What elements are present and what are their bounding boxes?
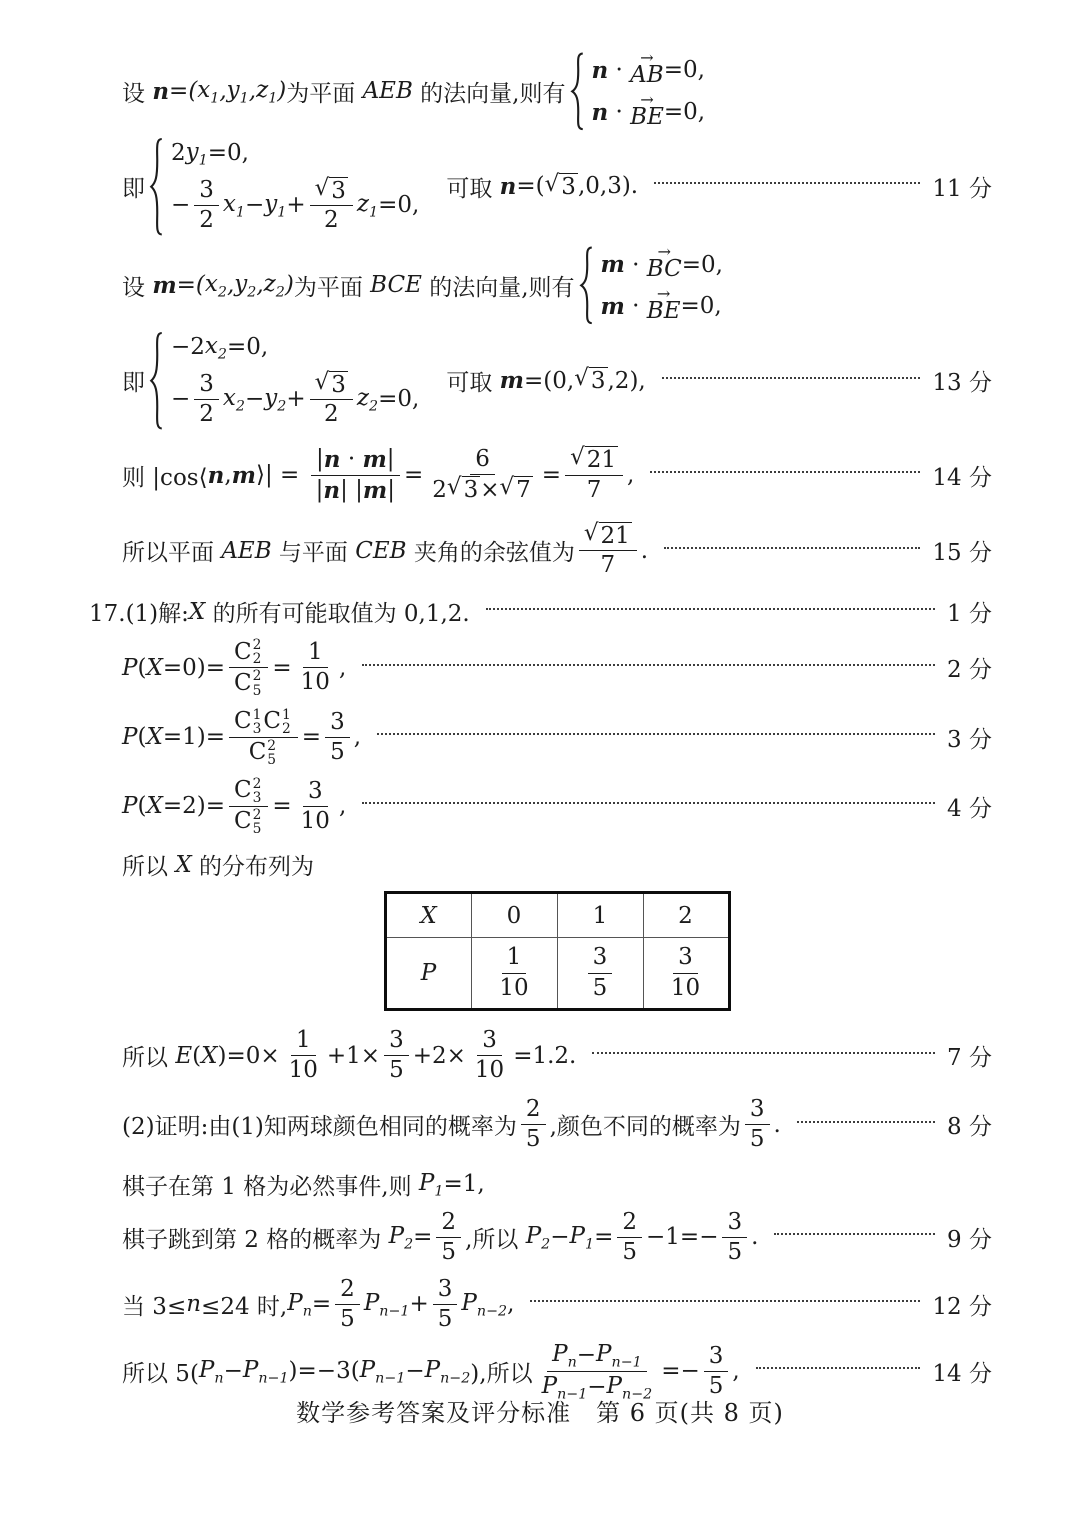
- text: C: [234, 670, 252, 697]
- math-var: X: [146, 655, 162, 681]
- score-label: 14 分: [932, 1355, 992, 1388]
- math-var: ,: [256, 272, 263, 298]
- math-vector-var: n: [592, 57, 609, 84]
- fraction: 35: [384, 1027, 409, 1084]
- text: )=−3(: [289, 1358, 360, 1384]
- table-x-label: X: [385, 893, 471, 938]
- math-var-sub: Pn−2: [425, 1357, 471, 1386]
- fraction: C13C12C25: [229, 708, 298, 767]
- text: 10: [289, 1057, 318, 1084]
- text: =0,: [378, 192, 419, 218]
- text: +2×: [413, 1043, 466, 1069]
- text: (: [192, 1043, 201, 1069]
- text: 5: [593, 975, 608, 1002]
- math-vector-var: n: [323, 477, 340, 504]
- text: |: [316, 446, 324, 473]
- table-p-value: 35: [557, 938, 643, 1010]
- fraction: 35: [745, 1096, 770, 1153]
- text: 2: [340, 1276, 355, 1303]
- text: C: [263, 708, 281, 735]
- math-var-sub: y1: [264, 191, 286, 220]
- score-label: 7 分: [947, 1039, 992, 1072]
- math-vector-var: m: [362, 446, 386, 473]
- text: −: [224, 1358, 243, 1384]
- math-var: AEB: [363, 78, 413, 104]
- fraction: 62√3×√7: [427, 446, 538, 504]
- text: +: [286, 192, 305, 218]
- score-label: 1 分: [947, 595, 992, 628]
- line-content: (2)证明:由(1)知两球颜色相同的概率为25,颜色不同的概率为35.: [122, 1096, 781, 1153]
- line-p-x2: P(X=2)=C23C25=310,4 分: [122, 777, 992, 836]
- line-content: 即−2x2=0,−32x2−y2+√32z2=0, 可取 m=(0,√3,2),: [122, 331, 646, 430]
- math-vector-var: n: [324, 446, 341, 473]
- text: 的所有可能取值为 0,1,2.: [205, 595, 469, 628]
- text: |: [387, 477, 395, 504]
- line-content: P(X=0)=C22C25=110,: [122, 638, 346, 697]
- math-var: P: [122, 793, 137, 819]
- math-vector-var: n: [152, 78, 169, 105]
- score-label: 8 分: [947, 1108, 992, 1141]
- math-var: CEB: [355, 538, 406, 564]
- fraction: 25: [335, 1276, 360, 1333]
- text: =1)=: [163, 724, 225, 750]
- brace-row: m · →BC=0,: [601, 248, 723, 281]
- text: 2: [199, 401, 214, 428]
- table-p-value: 110: [471, 938, 557, 1010]
- line-content: 17.(1)解:X 的所有可能取值为 0,1,2.: [89, 595, 470, 628]
- dotted-leader: [362, 802, 935, 804]
- math-var: X: [175, 852, 191, 878]
- text: =0,: [227, 334, 268, 360]
- text: 5: [526, 1126, 541, 1153]
- math-var-sub: P1: [419, 1170, 444, 1199]
- math-var-sub: Pn−1: [364, 1290, 410, 1319]
- text: 10: [475, 1057, 504, 1084]
- text: ·: [341, 446, 363, 473]
- fraction: 32: [194, 371, 219, 428]
- sqrt-radical: √3: [315, 371, 348, 398]
- text: 3: [678, 944, 693, 971]
- dotted-leader: [592, 1052, 935, 1054]
- text: 7: [601, 552, 616, 579]
- text: 1: [308, 639, 323, 666]
- fraction: √32: [310, 177, 353, 235]
- text: 3: [199, 177, 214, 204]
- math-var: X: [146, 724, 162, 750]
- math-var: ,: [249, 78, 256, 104]
- text: =1.2.: [513, 1043, 576, 1069]
- fraction: 110: [494, 944, 533, 1001]
- text: 10: [301, 808, 330, 835]
- line-17-1-intro: 17.(1)解:X 的所有可能取值为 0,1,2.1 分: [89, 595, 992, 628]
- text: 当 3≤: [122, 1288, 186, 1321]
- math-vector-var: m: [152, 272, 176, 299]
- brace-row: 2y1=0,: [171, 139, 249, 168]
- text: 5: [389, 1057, 404, 1084]
- text: 为平面: [294, 269, 370, 302]
- text: −2: [171, 334, 205, 360]
- fraction: 110: [284, 1027, 323, 1084]
- text: 即: [122, 170, 145, 203]
- math-var: P: [122, 655, 137, 681]
- dotted-leader: [486, 608, 935, 610]
- text: 2: [199, 207, 214, 234]
- math-var-sub: Pn: [287, 1290, 312, 1319]
- fraction: 110: [296, 639, 335, 696]
- brace-group: −2x2=0,−32x2−y2+√32z2=0,: [149, 331, 419, 430]
- math-var: P: [122, 724, 137, 750]
- text: −: [405, 1358, 424, 1384]
- brace-row: n · →BE=0,: [592, 96, 706, 129]
- math-var-sub: P2: [389, 1223, 414, 1252]
- brace-row: m · →BE=0,: [601, 290, 722, 323]
- brace-row: n · →AB=0,: [592, 54, 705, 87]
- text: 5: [441, 1239, 456, 1266]
- text: 与平面: [272, 534, 356, 567]
- left-brace-icon: [149, 331, 164, 430]
- text: C: [234, 808, 252, 835]
- table-p-value: 310: [643, 938, 729, 1010]
- text: 6: [475, 446, 490, 473]
- math-vector-var: m: [601, 293, 625, 320]
- dotted-leader: [662, 377, 921, 379]
- line-solve-m: 即−2x2=0,−32x2−y2+√32z2=0, 可取 m=(0,√3,2),…: [122, 331, 992, 430]
- brace-group: n · →AB=0,n · →BE=0,: [570, 52, 706, 131]
- fraction: √32: [310, 371, 353, 429]
- text: =: [413, 1224, 432, 1250]
- math-vector-var: m: [601, 251, 625, 278]
- math-var-sub: y1: [227, 77, 249, 106]
- text: ·: [608, 57, 630, 83]
- fraction: 32: [194, 177, 219, 234]
- text: C: [234, 777, 252, 804]
- line-solve-n: 即2y1=0,−32x1−y1+√32z1=0, 可取 n=(√3,0,3).1…: [122, 137, 992, 236]
- text: ,: [627, 462, 634, 488]
- text: ,颜色不同的概率为: [550, 1108, 741, 1141]
- text: |: [387, 446, 395, 473]
- text: =: [404, 462, 423, 488]
- math-var-sub: z2: [264, 271, 285, 300]
- line-content: 所以 X 的分布列为: [122, 848, 314, 881]
- text: 3: [438, 1276, 453, 1303]
- math-var: X: [146, 793, 162, 819]
- text: ·: [625, 293, 647, 319]
- brace-row: −32x1−y1+√32z1=0,: [171, 177, 419, 235]
- text: =2)=: [163, 793, 225, 819]
- text: 的分布列为: [192, 848, 314, 881]
- fraction: C23C25: [229, 777, 268, 836]
- line-p-x1: P(X=1)=C13C12C25=35,3 分: [122, 708, 992, 767]
- line-recurrence: 当 3≤n≤24 时,Pn=25Pn−1+35Pn−2,12 分: [122, 1276, 992, 1333]
- math-var: X: [420, 903, 436, 929]
- table-x-value: 2: [643, 893, 729, 938]
- text: 7: [587, 477, 602, 504]
- text: =: [312, 1291, 331, 1317]
- text: C: [234, 708, 252, 735]
- text: =(: [516, 173, 544, 199]
- text: )=0×: [217, 1043, 279, 1069]
- math-var-sub: x2: [205, 333, 227, 362]
- text: =0,: [681, 293, 722, 319]
- fraction: 310: [470, 1027, 509, 1084]
- text: ,: [339, 793, 346, 819]
- text: −: [245, 192, 264, 218]
- line-expectation: 所以 E(X)=0×110+1×35+2×310=1.2.7 分: [122, 1027, 992, 1084]
- text: 则 |cos⟨: [122, 459, 208, 492]
- line-conclusion-16: 所以平面 AEB 与平面 CEB 夹角的余弦值为√217.15 分: [122, 522, 992, 580]
- dotted-leader: [774, 1233, 935, 1235]
- sup-sub-stack: 25: [253, 808, 262, 836]
- text: 5: [330, 739, 345, 766]
- text: 所以平面: [122, 534, 221, 567]
- vector-arrow: →BE: [630, 96, 664, 129]
- text: 棋子跳到第 2 格的概率为: [122, 1221, 389, 1254]
- sqrt-radical: √3: [545, 173, 578, 200]
- text: 5: [340, 1306, 355, 1333]
- text: 为平面: [286, 75, 362, 108]
- text: 10: [499, 975, 528, 1002]
- score-label: 3 分: [947, 721, 992, 754]
- brace-group: m · →BC=0,m · →BE=0,: [579, 246, 723, 325]
- math-var-sub: Pn: [199, 1357, 224, 1386]
- sup-sub-stack: 25: [253, 669, 262, 697]
- line-content: P(X=1)=C13C12C25=35,: [122, 708, 361, 767]
- text: 3: [709, 1343, 724, 1370]
- text: 1: [593, 903, 608, 929]
- text: ≤24 时,: [201, 1288, 287, 1321]
- text: ·: [625, 252, 647, 278]
- math-var-sub: y2: [234, 271, 256, 300]
- page-content: 设 n=(x1,y1,z1)为平面 AEB 的法向量,则有n · →AB=0,n…: [122, 52, 992, 1402]
- math-var: =(: [177, 272, 205, 298]
- fraction: 310: [666, 944, 705, 1001]
- text: 5: [750, 1126, 765, 1153]
- score-label: 14 分: [932, 459, 992, 492]
- vector-arrow: →AB: [630, 54, 664, 87]
- line-content: 设 m=(x2,y2,z2)为平面 BCE 的法向量,则有m · →BC=0,m…: [122, 246, 727, 325]
- math-var-sub: Pn: [552, 1341, 577, 1370]
- text: =0,: [664, 99, 705, 125]
- line-cos-angle: 则 |cos⟨n,m⟩| = |n · m||n| |m|=62√3×√7=√2…: [122, 446, 992, 504]
- answer-key-page: 设 n=(x1,y1,z1)为平面 AEB 的法向量,则有n · →AB=0,n…: [0, 0, 1080, 1518]
- text: 2: [171, 140, 186, 166]
- sqrt-radical: √21: [584, 522, 632, 549]
- math-var-sub: P2: [526, 1223, 551, 1252]
- fraction: √217: [565, 446, 623, 504]
- dotted-leader: [362, 664, 935, 666]
- math-var: X: [201, 1043, 217, 1069]
- text: +: [286, 386, 305, 412]
- text: 可取: [423, 364, 499, 397]
- text: ,2),: [608, 368, 646, 394]
- sup-sub-stack: 13: [253, 708, 262, 736]
- math-var-sub: Pn−1: [243, 1357, 289, 1386]
- math-vector-var: n: [208, 462, 225, 489]
- text: ,0,3).: [578, 173, 638, 199]
- text: 3: [482, 1027, 497, 1054]
- text: −: [550, 1224, 569, 1250]
- text: −: [245, 386, 264, 412]
- math-var: E: [175, 1043, 192, 1069]
- text: 5: [727, 1239, 742, 1266]
- sup-sub-stack: 22: [253, 638, 262, 666]
- left-brace-icon: [149, 137, 164, 236]
- text: 0: [507, 903, 522, 929]
- text: 10: [301, 669, 330, 696]
- text: 5: [622, 1239, 637, 1266]
- fraction: 35: [433, 1276, 458, 1333]
- text: 可取: [423, 170, 499, 203]
- text: .: [641, 538, 648, 564]
- text: =0,: [208, 140, 249, 166]
- text: ,: [354, 724, 361, 750]
- math-var-sub: z1: [357, 191, 378, 220]
- sqrt-radical: √7: [499, 476, 532, 503]
- text: 所以: [122, 848, 175, 881]
- text: =: [302, 724, 321, 750]
- math-var-sub: x2: [223, 385, 245, 414]
- line-p2: 棋子跳到第 2 格的概率为 P2=25,所以 P2−P1=25−1=−35.9 …: [122, 1209, 992, 1266]
- math-vector-var: m: [500, 367, 524, 394]
- text: 设: [122, 75, 152, 108]
- dotted-leader: [654, 182, 920, 184]
- dotted-leader: [650, 471, 920, 473]
- text: 2: [432, 477, 447, 504]
- text: .: [751, 1224, 758, 1250]
- fraction: C22C25: [229, 638, 268, 697]
- text: =: [272, 793, 291, 819]
- sqrt-radical: √21: [570, 446, 618, 473]
- math-var-sub: y2: [264, 385, 286, 414]
- text: 夹角的余弦值为: [407, 534, 575, 567]
- sqrt-radical: √3: [315, 177, 348, 204]
- text: ,: [224, 462, 231, 488]
- distribution-table: X012P11035310: [384, 891, 731, 1011]
- text: 2: [622, 1209, 637, 1236]
- math-var-sub: x2: [205, 271, 227, 300]
- score-label: 11 分: [932, 170, 992, 203]
- text: 2: [526, 1096, 541, 1123]
- math-var: BCE: [370, 272, 422, 298]
- brace-row: −32x2−y2+√32z2=0,: [171, 371, 419, 429]
- fraction: 25: [521, 1096, 546, 1153]
- left-brace-icon: [579, 246, 594, 325]
- score-label: 13 分: [932, 364, 992, 397]
- score-label: 4 分: [947, 790, 992, 823]
- line-set-m: 设 m=(x2,y2,z2)为平面 BCE 的法向量,则有m · →BC=0,m…: [122, 246, 992, 325]
- distribution-table: X012P11035310: [122, 891, 992, 1011]
- text: 3: [199, 371, 214, 398]
- text: =0,: [664, 57, 705, 83]
- text: =(0,: [524, 368, 574, 394]
- math-var-sub: Pn−1: [360, 1357, 406, 1386]
- math-vector-var: n: [500, 173, 517, 200]
- text: =−: [661, 1358, 700, 1384]
- text: .: [774, 1112, 781, 1138]
- text: 1: [507, 944, 522, 971]
- text: 2: [324, 207, 339, 234]
- dotted-leader: [664, 547, 920, 549]
- text: | |: [340, 477, 363, 504]
- math-var-sub: P1: [570, 1223, 595, 1252]
- line-content: P(X=2)=C23C25=310,: [122, 777, 346, 836]
- math-vector-var: m: [363, 477, 387, 504]
- text: 所以: [122, 1039, 175, 1072]
- text: (2)证明:由(1)知两球颜色相同的概率为: [122, 1108, 517, 1141]
- math-var-sub: z2: [357, 385, 378, 414]
- fraction: 35: [588, 944, 613, 1001]
- vector-arrow: →BE: [647, 290, 681, 323]
- page-footer: 数学参考答案及评分标准 第 6 页(共 8 页): [0, 1393, 1080, 1428]
- vector-arrow: →BC: [647, 248, 682, 281]
- text: 1: [296, 1027, 311, 1054]
- text: |: [316, 477, 324, 504]
- sup-sub-stack: 23: [253, 777, 262, 805]
- text: 10: [671, 975, 700, 1002]
- score-label: 9 分: [947, 1221, 992, 1254]
- fraction: 35: [325, 709, 350, 766]
- math-var: X: [189, 599, 205, 625]
- text: =1,: [443, 1171, 484, 1197]
- math-var-sub: Pn−1: [596, 1341, 642, 1370]
- text: ⟩| =: [256, 462, 307, 488]
- math-var: n: [186, 1291, 201, 1317]
- text: 即: [122, 364, 145, 397]
- dotted-leader: [797, 1121, 935, 1123]
- text: =0,: [378, 386, 419, 412]
- table-x-value: 1: [557, 893, 643, 938]
- math-var: P: [421, 960, 436, 986]
- line-content: 棋子在第 1 格为必然事件,则 P1=1,: [122, 1168, 485, 1201]
- text: 棋子在第 1 格为必然事件,则: [122, 1168, 419, 1201]
- text: =0,: [682, 252, 723, 278]
- line-set-n: 设 n=(x1,y1,z1)为平面 AEB 的法向量,则有n · →AB=0,n…: [122, 52, 992, 131]
- dotted-leader: [530, 1300, 920, 1302]
- math-vector-var: m: [232, 462, 256, 489]
- text: ,: [507, 1291, 514, 1317]
- score-label: 12 分: [932, 1288, 992, 1321]
- text: −: [577, 1342, 596, 1369]
- math-var-sub: x1: [197, 77, 219, 106]
- line-distribution-intro: 所以 X 的分布列为: [122, 848, 992, 881]
- text: =: [542, 462, 561, 488]
- math-var-sub: Pn−2: [461, 1290, 507, 1319]
- text: −: [171, 192, 190, 218]
- dotted-leader: [756, 1367, 921, 1369]
- text: 3: [593, 944, 608, 971]
- brace-row: −2x2=0,: [171, 333, 268, 362]
- text: 3: [330, 709, 345, 736]
- text: 的法向量,则有: [413, 75, 566, 108]
- math-var-sub: z1: [256, 77, 277, 106]
- text: 2: [324, 401, 339, 428]
- brace-group: 2y1=0,−32x1−y1+√32z1=0,: [149, 137, 419, 236]
- sqrt-radical: √3: [447, 476, 480, 503]
- text: 设: [122, 269, 152, 302]
- table-x-value: 0: [471, 893, 557, 938]
- fraction: 25: [617, 1209, 642, 1266]
- line-17-2-intro: (2)证明:由(1)知两球颜色相同的概率为25,颜色不同的概率为35.8 分: [122, 1096, 992, 1153]
- table-p-label: P: [385, 938, 471, 1010]
- text: ×: [480, 477, 499, 504]
- math-var: ): [285, 272, 294, 298]
- text: ),所以: [470, 1355, 532, 1388]
- fraction: 25: [436, 1209, 461, 1266]
- text: 17.(1)解:: [89, 595, 189, 628]
- text: −: [171, 386, 190, 412]
- text: 3: [308, 778, 323, 805]
- math-var: ): [277, 78, 286, 104]
